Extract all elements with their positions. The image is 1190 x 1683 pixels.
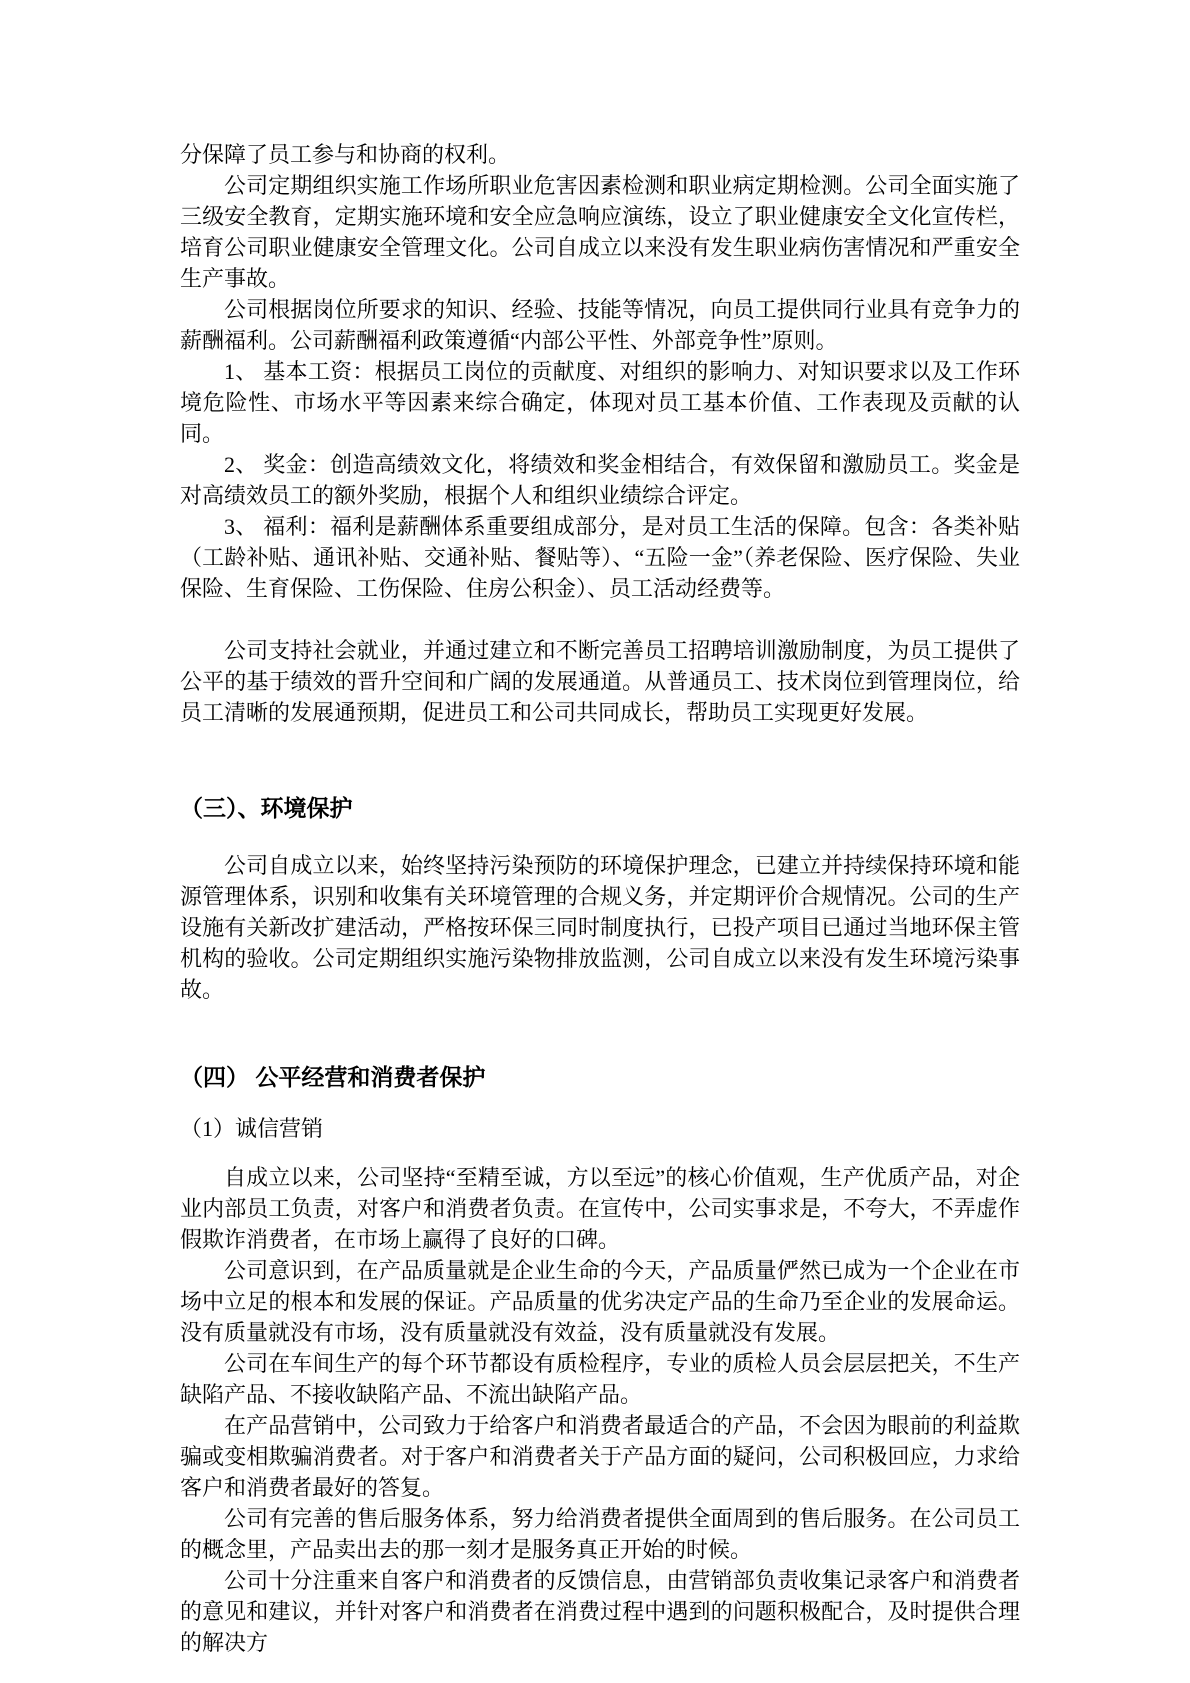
heading-fair-business: （四） 公平经营和消费者保护 — [180, 1061, 1020, 1093]
list-item-basic-salary: 1、 基本工资：根据员工岗位的贡献度、对组织的影响力、对知识要求以及工作环境危险… — [180, 356, 1020, 449]
para-after-sales-service: 公司有完善的售后服务体系，努力给消费者提供全面周到的售后服务。在公司员工的概念里… — [180, 1503, 1020, 1565]
list-item-benefits: 3、 福利：福利是薪酬体系重要组成部分，是对员工生活的保障。包含：各类补贴（工龄… — [180, 511, 1020, 604]
para-quality-inspection: 公司在车间生产的每个环节都设有质检程序，专业的质检人员会层层把关，不生产缺陷产品… — [180, 1348, 1020, 1410]
subheading-honest-marketing: （1）诚信营销 — [180, 1113, 1020, 1144]
para-rights-continuation: 分保障了员工参与和协商的权利。 — [180, 139, 1020, 170]
list-item-bonus: 2、 奖金：创造高绩效文化，将绩效和奖金相结合，有效保留和激励员工。奖金是对高绩… — [180, 449, 1020, 511]
para-environment-body: 公司自成立以来，始终坚持污染预防的环境保护理念，已建立并持续保持环境和能源管理体… — [180, 850, 1020, 1005]
para-marketing-integrity: 在产品营销中，公司致力于给客户和消费者最适合的产品，不会因为眼前的利益欺骗或变相… — [180, 1410, 1020, 1503]
document-page: 分保障了员工参与和协商的权利。 公司定期组织实施工作场所职业危害因素检测和职业病… — [0, 0, 1190, 1683]
para-compensation-policy: 公司根据岗位所要求的知识、经验、技能等情况，向员工提供同行业具有竞争力的薪酬福利… — [180, 294, 1020, 356]
para-employment-support: 公司支持社会就业，并通过建立和不断完善员工招聘培训激励制度，为员工提供了公平的基… — [180, 635, 1020, 728]
para-occupational-safety: 公司定期组织实施工作场所职业危害因素检测和职业病定期检测。公司全面实施了三级安全… — [180, 170, 1020, 294]
heading-environment-protection: （三）、环境保护 — [180, 792, 1020, 824]
para-customer-feedback: 公司十分注重来自客户和消费者的反馈信息，由营销部负责收集记录客户和消费者的意见和… — [180, 1565, 1020, 1658]
para-core-values: 自成立以来，公司坚持“至精至诚，方以至远”的核心价值观，生产优质产品，对企业内部… — [180, 1162, 1020, 1255]
para-product-quality: 公司意识到，在产品质量就是企业生命的今天，产品质量俨然已成为一个企业在市场中立足… — [180, 1255, 1020, 1348]
